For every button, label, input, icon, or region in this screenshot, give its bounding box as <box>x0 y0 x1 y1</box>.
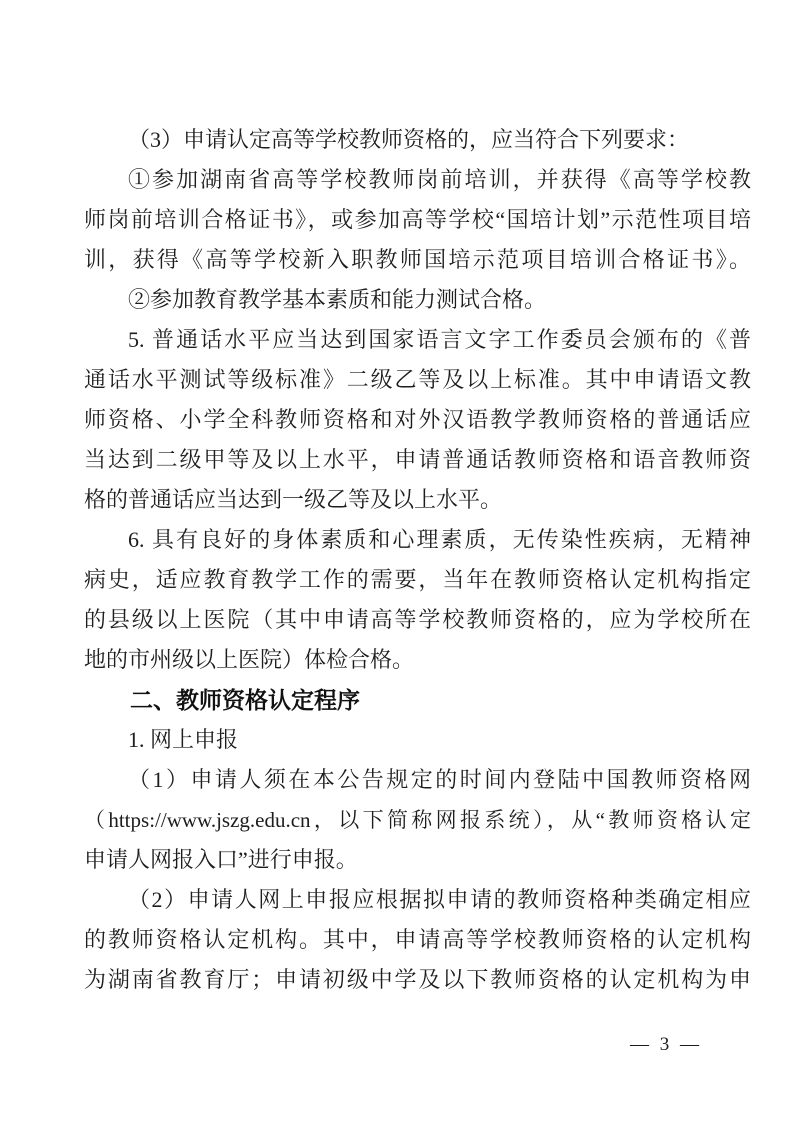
page-number: — 3 — <box>630 1025 702 1065</box>
text-line: 格的普通话应当达到一级乙等及以上水平。 <box>84 480 751 520</box>
text-line: （1）申请人须在本公告规定的时间内登陆中国教师资格网 <box>84 760 751 800</box>
text-line: 当达到二级甲等及以上水平，申请普通话教师资格和语音教师资 <box>84 440 751 480</box>
document-page: （3）申请认定高等学校教师资格的，应当符合下列要求： ①参加湖南省高等学校教师岗… <box>0 0 793 1122</box>
text-line: ②参加教育教学基本素质和能力测试合格。 <box>84 280 751 320</box>
text-line: 地的市州级以上医院）体检合格。 <box>84 640 751 680</box>
text-line: 为湖南省教育厅；申请初级中学及以下教师资格的认定机构为申 <box>84 960 751 1000</box>
text-line: 病史，适应教育教学工作的需要，当年在教师资格认定机构指定 <box>84 560 751 600</box>
text-line: 训，获得《高等学校新入职教师国培示范项目培训合格证书》。 <box>84 240 751 280</box>
text-line: 的教师资格认定机构。其中，申请高等学校教师资格的认定机构 <box>84 920 751 960</box>
text-line: ①参加湖南省高等学校教师岗前培训，并获得《高等学校教 <box>84 160 751 200</box>
text-line: 申请人网报入口”进行申报。 <box>84 840 751 880</box>
text-line: 通话水平测试等级标准》二级乙等及以上标准。其中申请语文教 <box>84 360 751 400</box>
text-block: （3）申请认定高等学校教师资格的，应当符合下列要求： ①参加湖南省高等学校教师岗… <box>84 120 751 1000</box>
text-line: 师资格、小学全科教师资格和对外汉语教学教师资格的普通话应 <box>84 400 751 440</box>
text-line: 的县级以上医院（其中申请高等学校教师资格的，应为学校所在 <box>84 600 751 640</box>
subsection-heading: 1. 网上申报 <box>84 720 751 760</box>
text-line: 5. 普通话水平应当达到国家语言文字工作委员会颁布的《普 <box>84 320 751 360</box>
text-line: （2）申请人网上申报应根据拟申请的教师资格种类确定相应 <box>84 880 751 920</box>
text-line-url: （https://www.jszg.edu.cn，以下简称网报系统），从“教师资… <box>84 800 751 840</box>
text-line: （3）申请认定高等学校教师资格的，应当符合下列要求： <box>84 120 751 160</box>
text-line: 师岗前培训合格证书》，或参加高等学校“国培计划”示范性项目培 <box>84 200 751 240</box>
text-line: 6. 具有良好的身体素质和心理素质，无传染性疾病，无精神 <box>84 520 751 560</box>
section-heading: 二、教师资格认定程序 <box>84 680 751 720</box>
